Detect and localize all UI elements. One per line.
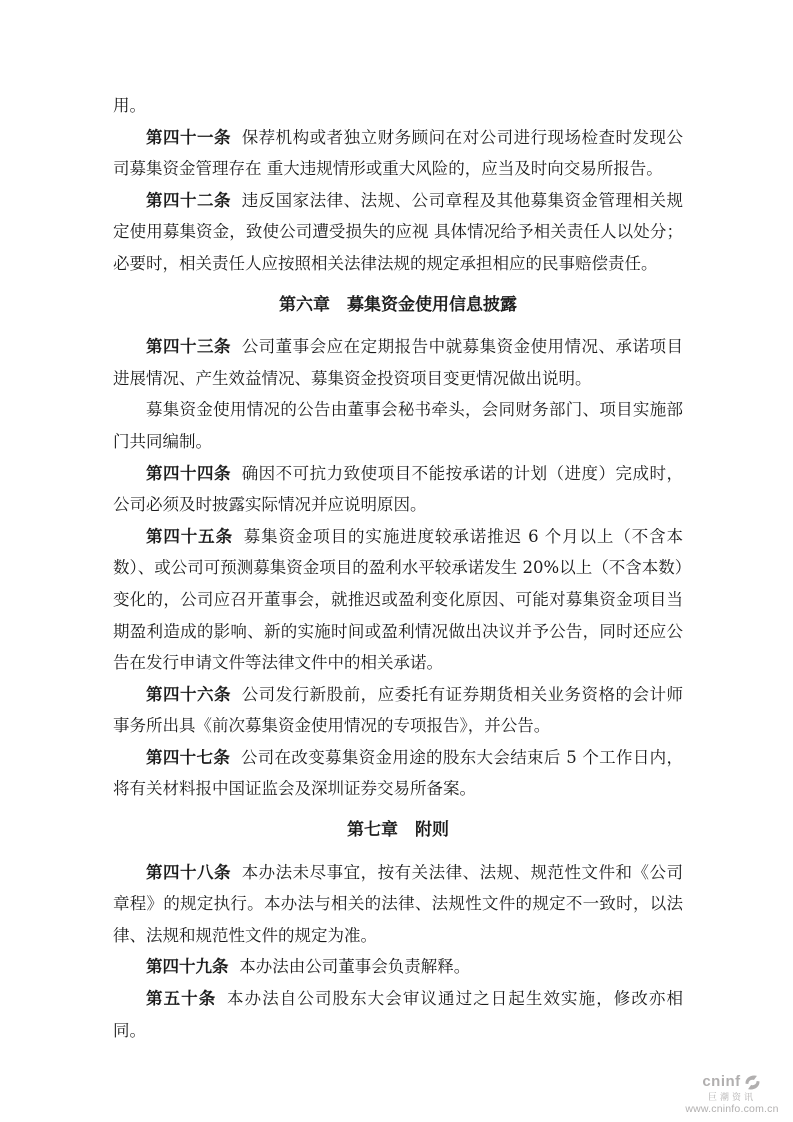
chapter-heading-6: 第六章 募集资金使用信息披露 — [113, 290, 683, 322]
paragraph-plain: 募集资金使用情况的公告由董事会秘书牵头，会同财务部门、项目实施部门共同编制。 — [113, 394, 683, 457]
cninfo-watermark: cninf 巨潮资讯 www.cninfo.com.cn — [673, 1073, 791, 1116]
article-term: 第四十三条 — [146, 337, 231, 356]
article-term: 第五十条 — [146, 989, 216, 1008]
article-49: 第四十九条本办法由公司董事会负责解释。 — [113, 951, 683, 983]
article-48: 第四十八条本办法未尽事宜，按有关法律、法规、规范性文件和《公司章程》的规定执行。… — [113, 857, 683, 952]
chapter-heading-7: 第七章 附则 — [113, 815, 683, 847]
article-text: 本办法由公司董事会负责解释。 — [239, 957, 470, 976]
paragraph-continuation: 用。 — [113, 90, 683, 122]
watermark-url: www.cninfo.com.cn — [673, 1104, 791, 1116]
article-term: 第四十二条 — [146, 191, 231, 210]
watermark-brand-row: cninf — [673, 1073, 791, 1092]
article-term: 第四十七条 — [146, 748, 230, 767]
article-46: 第四十六条公司发行新股前，应委托有证券期货相关业务资格的会计师事务所出具《前次募… — [113, 679, 683, 742]
article-term: 第四十九条 — [146, 957, 229, 976]
watermark-name: 巨潮资讯 — [673, 1093, 791, 1103]
article-term: 第四十八条 — [146, 863, 231, 882]
article-50: 第五十条本办法自公司股东大会审议通过之日起生效实施，修改亦相同。 — [113, 983, 683, 1046]
article-term: 第四十四条 — [146, 464, 231, 483]
article-41: 第四十一条保荐机构或者独立财务顾问在对公司进行现场检查时发现公司募集资金管理存在… — [113, 122, 683, 185]
paragraph-text: 用。 — [113, 96, 146, 115]
article-text: 募集资金项目的实施进度较承诺推迟 6 个月以上（不含本数）、或公司可预测募集资金… — [113, 527, 683, 672]
article-44: 第四十四条确因不可抗力致使项目不能按承诺的计划（进度）完成时，公司必须及时披露实… — [113, 458, 683, 521]
article-42: 第四十二条违反国家法律、法规、公司章程及其他募集资金管理相关规定使用募集资金，致… — [113, 185, 683, 280]
paragraph-text: 募集资金使用情况的公告由董事会秘书牵头，会同财务部门、项目实施部门共同编制。 — [113, 400, 683, 451]
watermark-brand: cninf — [702, 1074, 740, 1091]
article-term: 第四十一条 — [146, 128, 231, 147]
document-page: 用。 第四十一条保荐机构或者独立财务顾问在对公司进行现场检查时发现公司募集资金管… — [113, 90, 683, 1046]
article-term: 第四十六条 — [146, 685, 231, 704]
article-43: 第四十三条公司董事会应在定期报告中就募集资金使用情况、承诺项目进展情况、产生效益… — [113, 331, 683, 394]
cninfo-swirl-icon — [743, 1073, 762, 1092]
article-45: 第四十五条募集资金项目的实施进度较承诺推迟 6 个月以上（不含本数）、或公司可预… — [113, 521, 683, 679]
article-term: 第四十五条 — [146, 527, 233, 546]
article-47: 第四十七条公司在改变募集资金用途的股东大会结束后 5 个工作日内，将有关材料报中… — [113, 742, 683, 805]
